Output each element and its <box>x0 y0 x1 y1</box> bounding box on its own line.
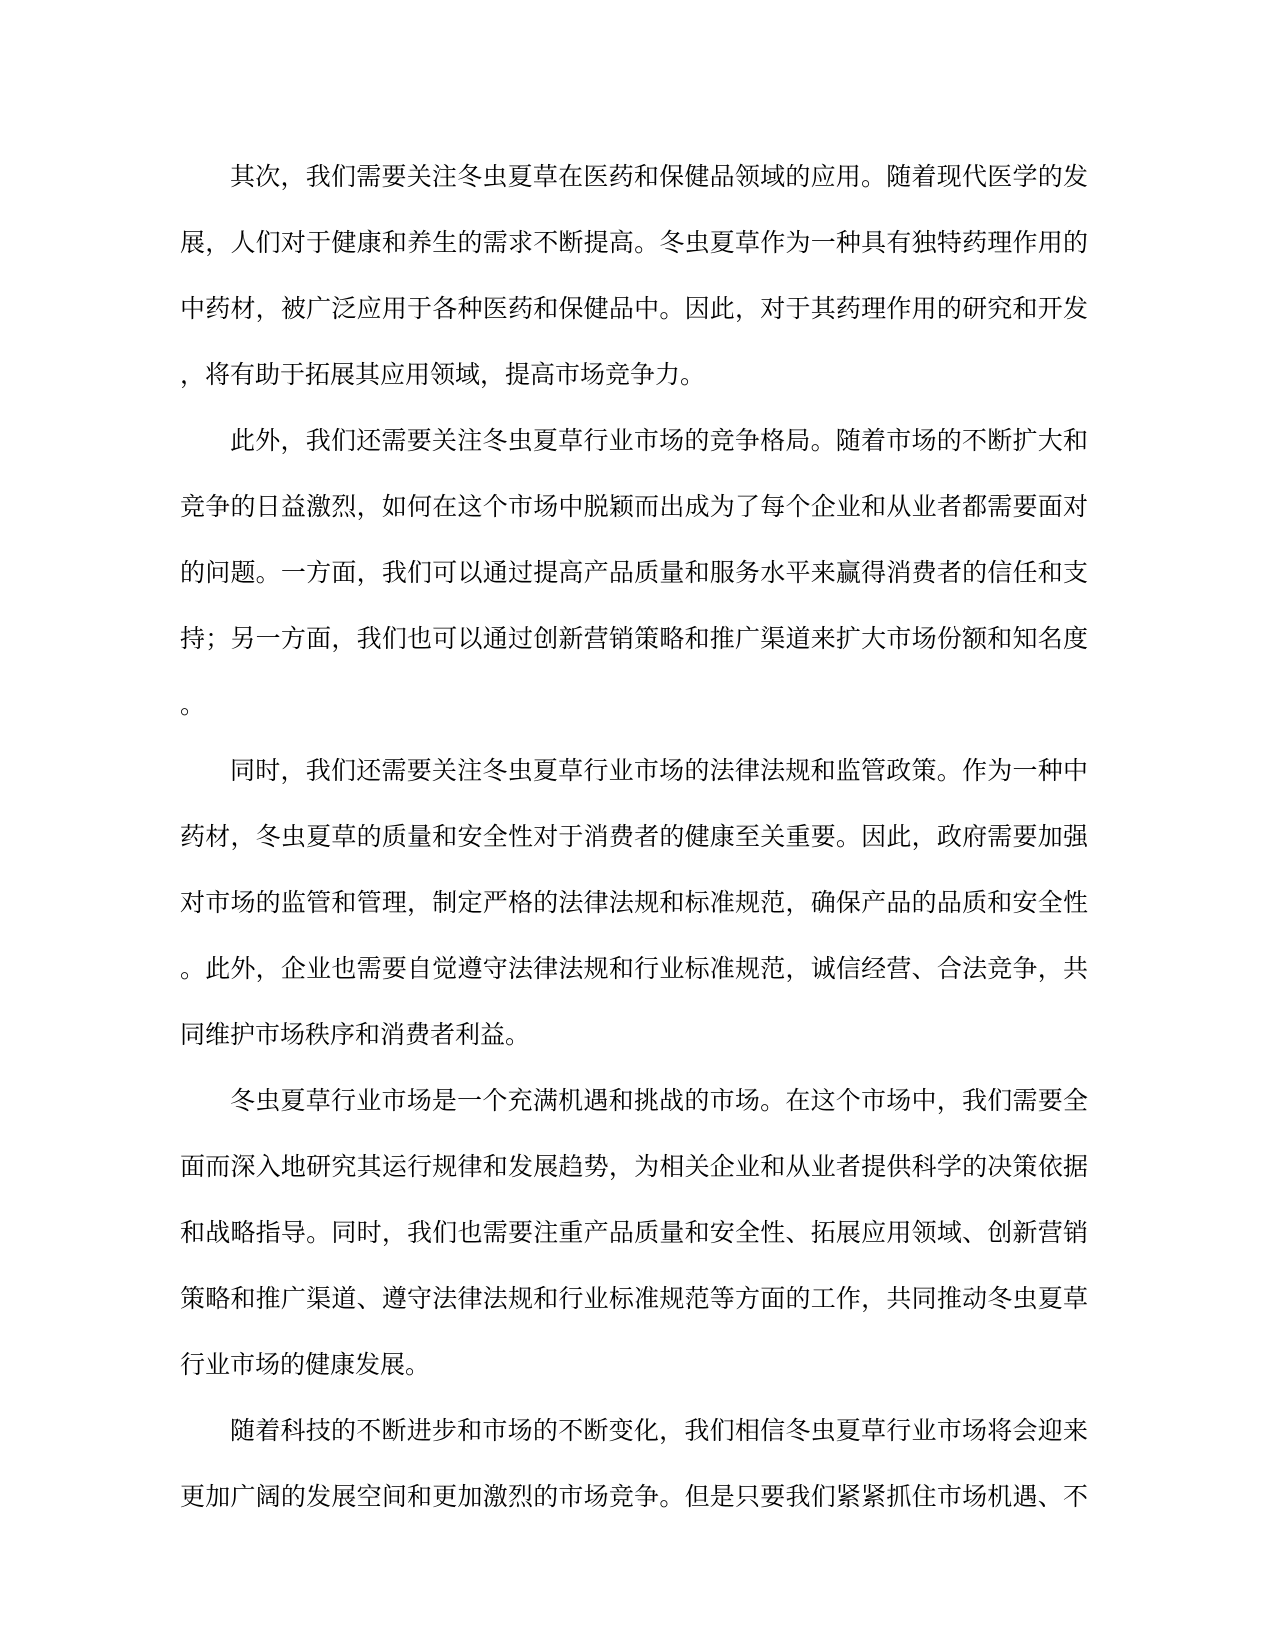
document-page: 其次，我们需要关注冬虫夏草在医药和保健品领域的应用。随着现代医学的发展，人们对于… <box>0 0 1275 1650</box>
paragraph: 随着科技的不断进步和市场的不断变化，我们相信冬虫夏草行业市场将会迎来更加广阔的发… <box>180 1398 1088 1530</box>
text-line: 同时，我们还需要关注冬虫夏草行业市场的法律法规和监管政策。作为一种中 <box>180 738 1088 804</box>
text-line: 。 <box>180 672 1088 738</box>
text-line: 随着科技的不断进步和市场的不断变化，我们相信冬虫夏草行业市场将会迎来 <box>180 1398 1088 1464</box>
text-line: 展，人们对于健康和养生的需求不断提高。冬虫夏草作为一种具有独特药理作用的 <box>180 210 1088 276</box>
text-line: 对市场的监管和管理，制定严格的法律法规和标准规范，确保产品的品质和安全性 <box>180 870 1088 936</box>
document-body: 其次，我们需要关注冬虫夏草在医药和保健品领域的应用。随着现代医学的发展，人们对于… <box>180 144 1088 1530</box>
text-line: ，将有助于拓展其应用领域，提高市场竞争力。 <box>180 342 1088 408</box>
text-line: 。此外，企业也需要自觉遵守法律法规和行业标准规范，诚信经营、合法竞争，共 <box>180 936 1088 1002</box>
paragraph: 此外，我们还需要关注冬虫夏草行业市场的竞争格局。随着市场的不断扩大和竞争的日益激… <box>180 408 1088 738</box>
text-line: 中药材，被广泛应用于各种医药和保健品中。因此，对于其药理作用的研究和开发 <box>180 276 1088 342</box>
text-line: 的问题。一方面，我们可以通过提高产品质量和服务水平来赢得消费者的信任和支 <box>180 540 1088 606</box>
text-line: 和战略指导。同时，我们也需要注重产品质量和安全性、拓展应用领域、创新营销 <box>180 1200 1088 1266</box>
text-line: 策略和推广渠道、遵守法律法规和行业标准规范等方面的工作，共同推动冬虫夏草 <box>180 1266 1088 1332</box>
text-line: 药材，冬虫夏草的质量和安全性对于消费者的健康至关重要。因此，政府需要加强 <box>180 804 1088 870</box>
paragraph: 其次，我们需要关注冬虫夏草在医药和保健品领域的应用。随着现代医学的发展，人们对于… <box>180 144 1088 408</box>
text-line: 此外，我们还需要关注冬虫夏草行业市场的竞争格局。随着市场的不断扩大和 <box>180 408 1088 474</box>
text-line: 其次，我们需要关注冬虫夏草在医药和保健品领域的应用。随着现代医学的发 <box>180 144 1088 210</box>
text-line: 面而深入地研究其运行规律和发展趋势，为相关企业和从业者提供科学的决策依据 <box>180 1134 1088 1200</box>
text-line: 竞争的日益激烈，如何在这个市场中脱颖而出成为了每个企业和从业者都需要面对 <box>180 474 1088 540</box>
text-line: 冬虫夏草行业市场是一个充满机遇和挑战的市场。在这个市场中，我们需要全 <box>180 1068 1088 1134</box>
text-line: 同维护市场秩序和消费者利益。 <box>180 1002 1088 1068</box>
paragraph: 同时，我们还需要关注冬虫夏草行业市场的法律法规和监管政策。作为一种中药材，冬虫夏… <box>180 738 1088 1068</box>
paragraph: 冬虫夏草行业市场是一个充满机遇和挑战的市场。在这个市场中，我们需要全面而深入地研… <box>180 1068 1088 1398</box>
text-line: 持；另一方面，我们也可以通过创新营销策略和推广渠道来扩大市场份额和知名度 <box>180 606 1088 672</box>
text-line: 更加广阔的发展空间和更加激烈的市场竞争。但是只要我们紧紧抓住市场机遇、不 <box>180 1464 1088 1530</box>
text-line: 行业市场的健康发展。 <box>180 1332 1088 1398</box>
